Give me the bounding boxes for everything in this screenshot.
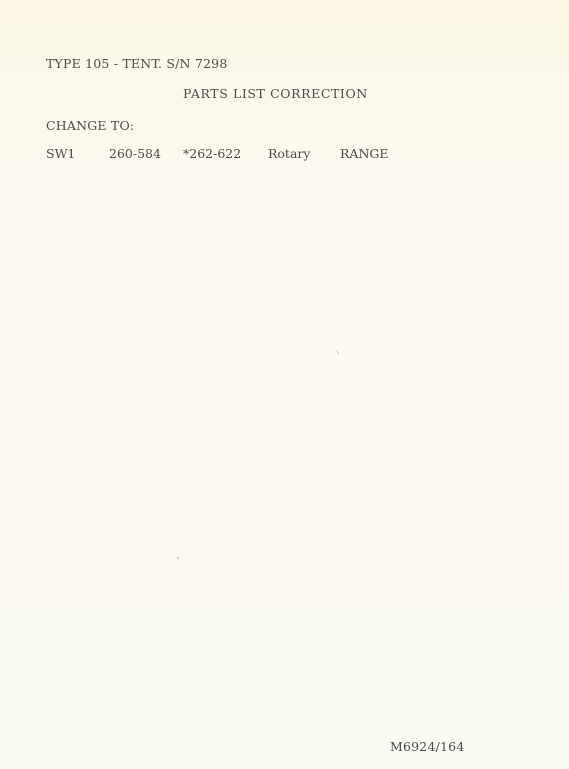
paper-speck: [177, 557, 179, 559]
part-description: Rotary: [268, 146, 310, 161]
document-code: M6924/164: [390, 739, 464, 754]
old-part-number: 260-584: [109, 146, 161, 161]
parts-row: SW1 260-584 *262-622 Rotary RANGE: [0, 146, 569, 162]
document-page: TYPE 105 - TENT. S/N 7298 PARTS LIST COR…: [0, 0, 569, 769]
part-designator: SW1: [46, 146, 75, 161]
part-function: RANGE: [340, 146, 389, 161]
paper-speck: [336, 350, 339, 355]
document-title: PARTS LIST CORRECTION: [183, 86, 368, 101]
new-part-number: *262-622: [183, 146, 241, 161]
document-header: TYPE 105 - TENT. S/N 7298: [46, 56, 227, 71]
change-instruction: CHANGE TO:: [46, 118, 134, 133]
